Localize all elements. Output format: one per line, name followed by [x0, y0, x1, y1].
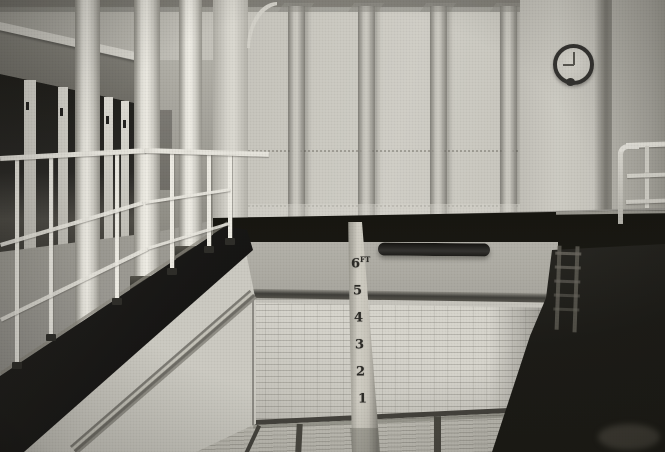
- depth-marking-2ft: 2: [356, 362, 365, 378]
- door-latch: [123, 120, 126, 128]
- wall-stiffener: [430, 6, 447, 222]
- rolled-mat: [378, 243, 490, 257]
- stanchion-foot: [204, 246, 214, 253]
- depth-gauge-pole-base-shading: [350, 428, 382, 452]
- door-latch: [26, 102, 29, 110]
- deck-column: [134, 0, 160, 280]
- floor-edge-border: [243, 425, 261, 452]
- deck-column: [75, 0, 100, 340]
- stanchion-foot: [225, 238, 235, 245]
- depth-marking-6ft: 6FT: [351, 254, 370, 270]
- railing-stanchion: [49, 156, 53, 338]
- stanchion-foot: [12, 362, 22, 369]
- deck-column: [179, 0, 202, 250]
- ladder-rail: [555, 246, 562, 330]
- floor-grating-separator: [295, 424, 302, 452]
- door-latch: [106, 116, 109, 124]
- wall-stiffener: [288, 6, 305, 222]
- wall-stiffener: [500, 6, 517, 222]
- wall-stiffener: [358, 6, 375, 222]
- railing-stanchion: [15, 158, 19, 366]
- depth-marking-5ft: 5: [353, 281, 362, 297]
- swimming-bath-photograph: 6FT 5 4 3 2 1: [0, 0, 665, 452]
- stanchion-foot: [112, 298, 122, 305]
- pool-corner-shadow: [252, 300, 254, 426]
- stair-railing-post: [618, 152, 623, 224]
- railing-stanchion: [207, 150, 211, 250]
- depth-marking-3ft: 3: [355, 335, 364, 351]
- clock-knob: [566, 78, 575, 86]
- ladder-rail: [573, 246, 580, 332]
- door-latch: [60, 108, 63, 116]
- stanchion-foot: [46, 334, 56, 341]
- wall-corner-shadow: [594, 0, 614, 222]
- stanchion-foot: [167, 268, 177, 275]
- railing-stanchion: [228, 151, 232, 242]
- pool-ladder: [550, 244, 583, 337]
- depth-marking-4ft: 4: [354, 308, 363, 324]
- railing-stanchion: [115, 151, 119, 302]
- railing-stanchion: [170, 149, 174, 272]
- depth-marking-1ft: 1: [358, 389, 367, 405]
- deep-end-light-patch: [598, 424, 660, 450]
- clock-hour-hand: [563, 64, 574, 66]
